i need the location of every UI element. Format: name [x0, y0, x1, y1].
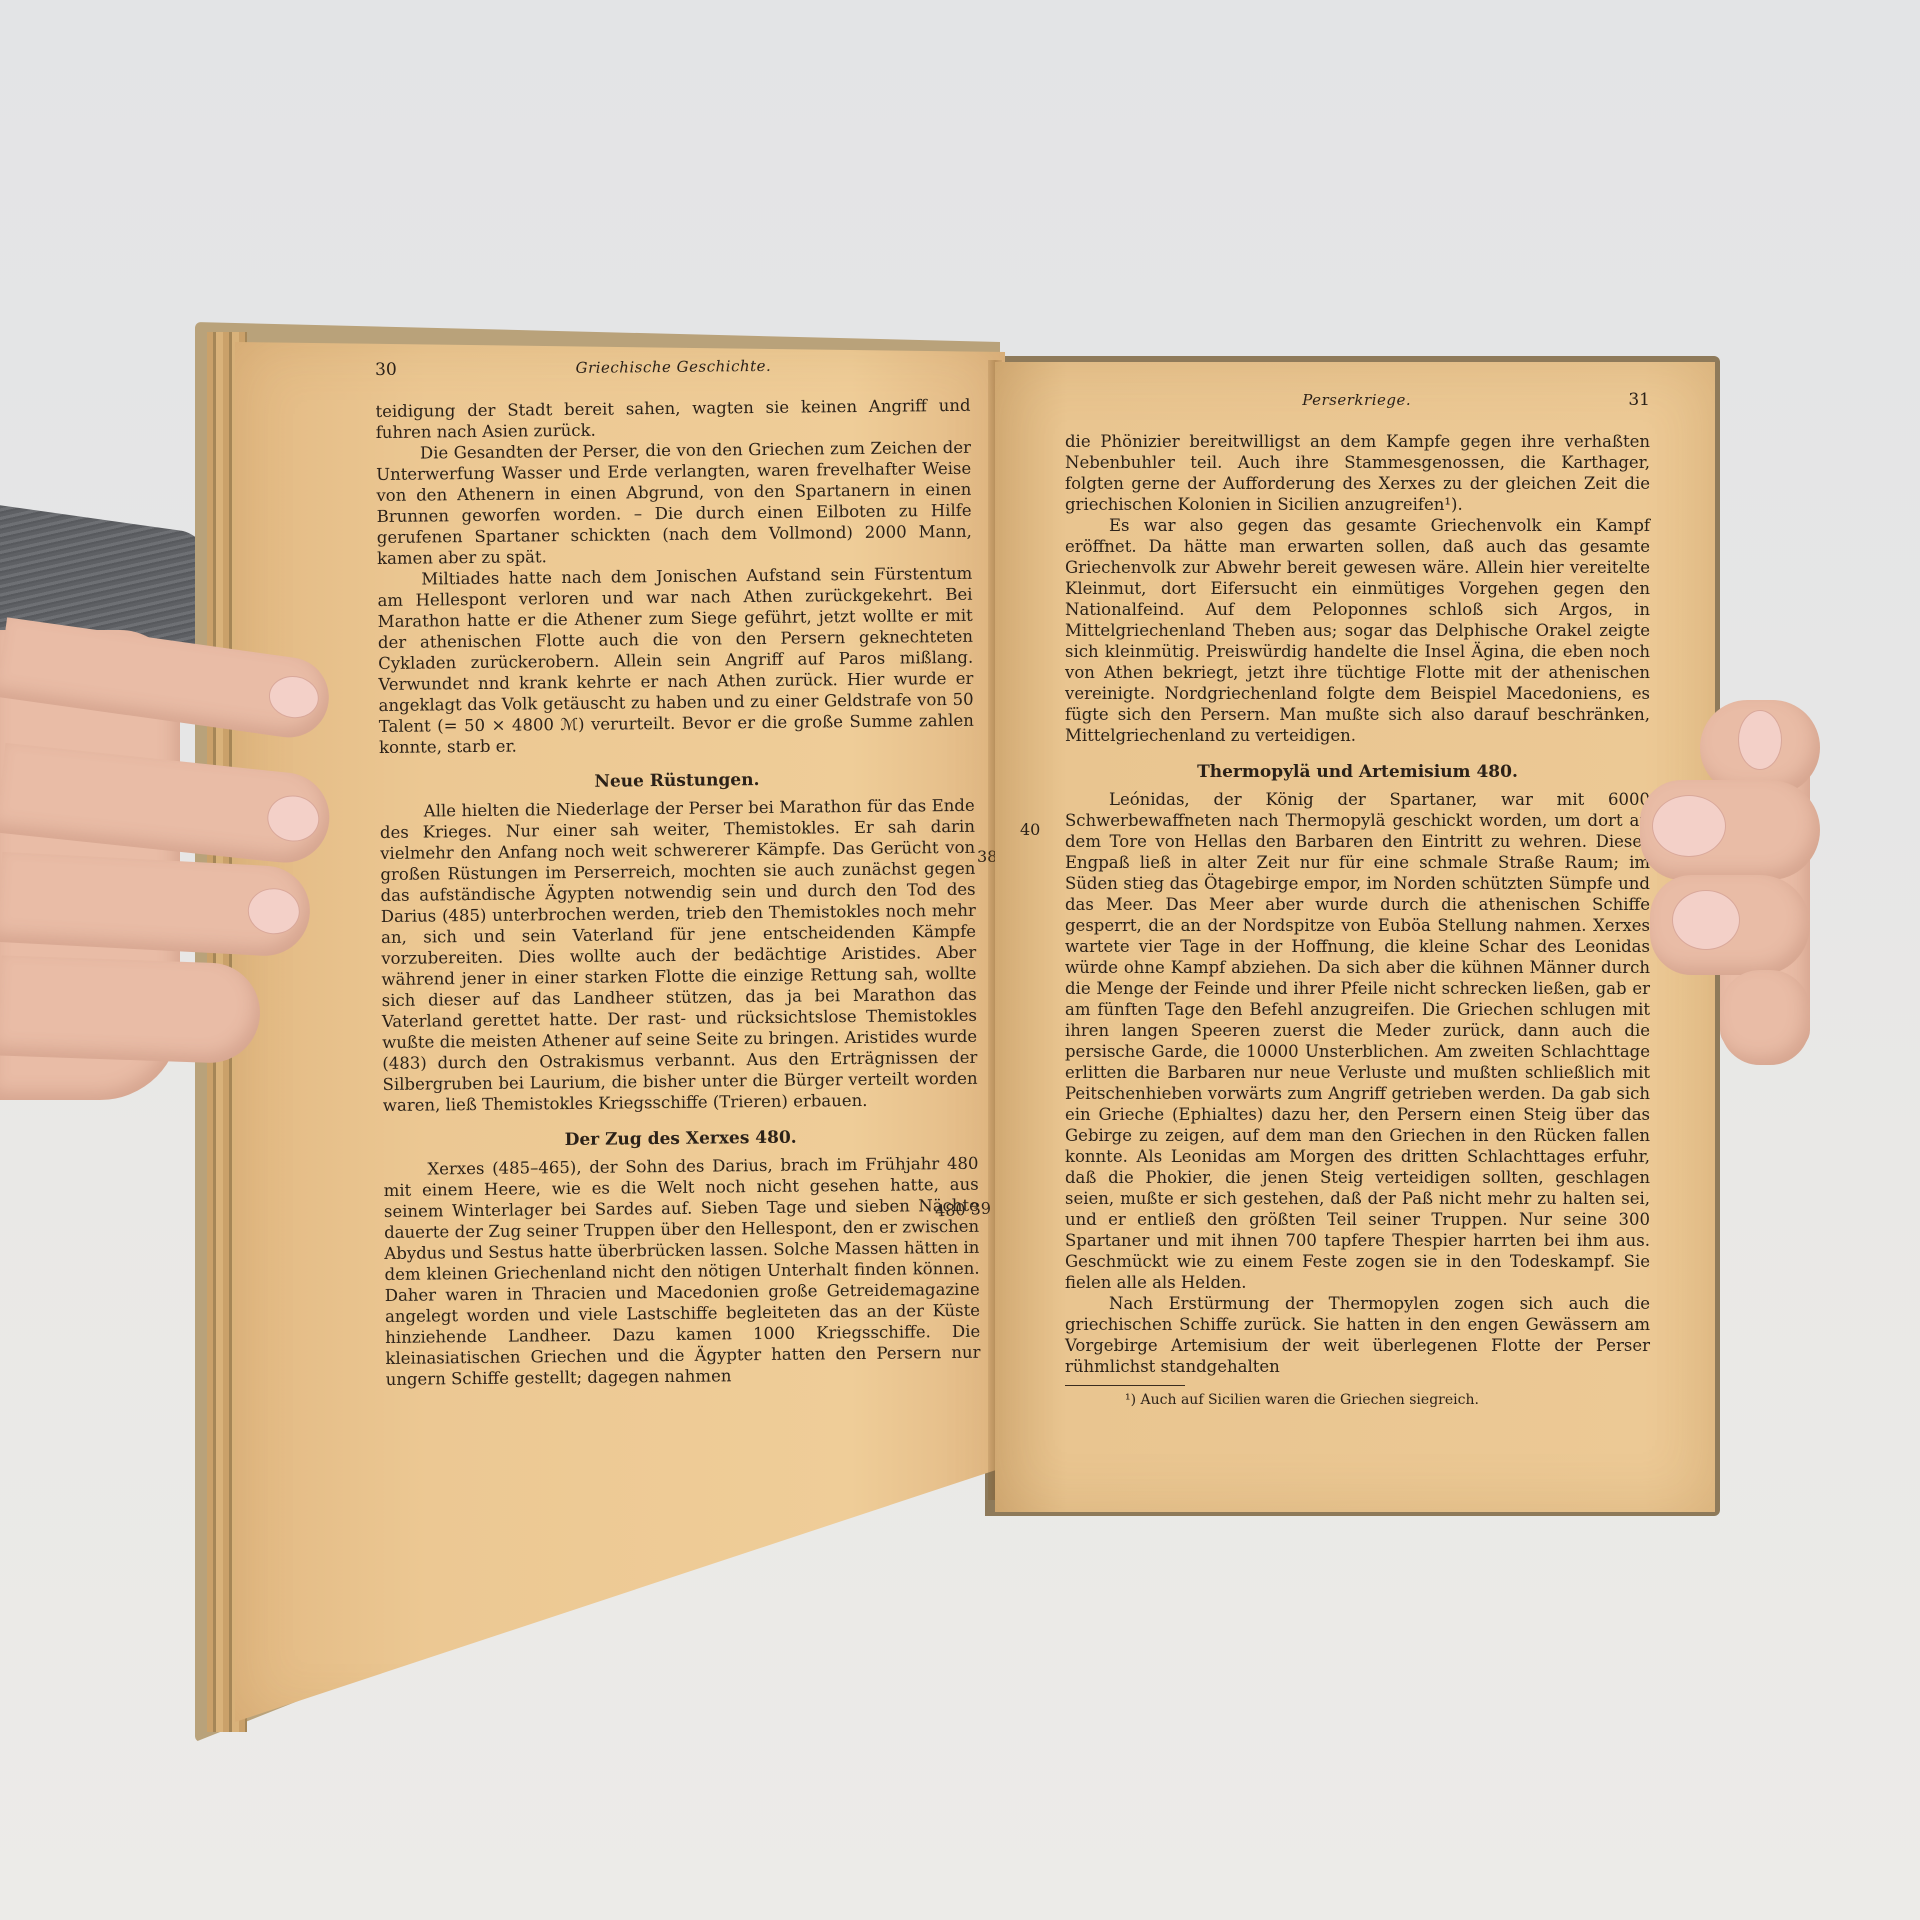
paragraph: Die Gesandten der Perser, die von den Gr… — [376, 437, 972, 569]
paragraph: Miltiades hatte nach dem Jonischen Aufst… — [377, 563, 974, 758]
left-hand-finger — [0, 955, 262, 1064]
fingernail — [1652, 795, 1726, 857]
paragraph: die Phönizier bereitwilligst an dem Kamp… — [1065, 431, 1650, 515]
section-heading: Thermopylä und Artemisium 480. — [1065, 762, 1650, 783]
fingernail — [247, 887, 301, 936]
paragraph: Es war also gegen das gesamte Griechenvo… — [1065, 515, 1650, 746]
margin-note: 40 — [1020, 820, 1040, 839]
fingernail — [1738, 710, 1782, 770]
page-number: 31 — [1628, 390, 1650, 411]
left-running-head: 30 Griechische Geschichte. — [375, 354, 970, 381]
running-head-title: Perserkriege. — [1302, 390, 1411, 411]
right-running-head: Perserkriege. 31 — [1065, 390, 1650, 411]
paragraph: Leónidas, der König der Spartaner, war m… — [1065, 789, 1650, 1293]
footnote-rule — [1065, 1385, 1185, 1386]
fingernail — [1672, 890, 1740, 950]
fingernail — [265, 793, 322, 844]
right-hand-finger — [1720, 970, 1810, 1065]
running-head-title: Griechische Geschichte. — [575, 356, 771, 379]
paragraph: Xerxes (485–465), der Sohn des Darius, b… — [383, 1153, 980, 1390]
open-book: 30 Griechische Geschichte. teidigung der… — [195, 322, 1700, 1742]
left-page-text: 30 Griechische Geschichte. teidigung der… — [375, 354, 981, 1390]
page-number: 30 — [375, 360, 397, 381]
section-heading: Neue Rüstungen. — [379, 768, 974, 795]
left-page: 30 Griechische Geschichte. teidigung der… — [235, 342, 1005, 1722]
right-hand-finger — [1650, 875, 1810, 975]
margin-note: 480 39 — [935, 1199, 992, 1221]
right-hand-finger — [1640, 780, 1820, 880]
paragraph: teidigung der Stadt bereit sahen, wagten… — [375, 395, 970, 443]
section-heading: Der Zug des Xerxes 480. — [383, 1126, 978, 1153]
fingernail — [266, 673, 321, 722]
right-page-text: Perserkriege. 31 die Phönizier bereitwil… — [1065, 390, 1650, 1411]
left-hand-finger — [0, 852, 312, 958]
paragraph: Nach Erstürmung der Thermopylen zogen si… — [1065, 1293, 1650, 1377]
footnote: ¹) Auch auf Sicilien waren die Griechen … — [1065, 1390, 1650, 1411]
right-page: Perserkriege. 31 die Phönizier bereitwil… — [995, 362, 1715, 1512]
paragraph: Alle hielten die Niederlage der Perser b… — [380, 795, 978, 1116]
